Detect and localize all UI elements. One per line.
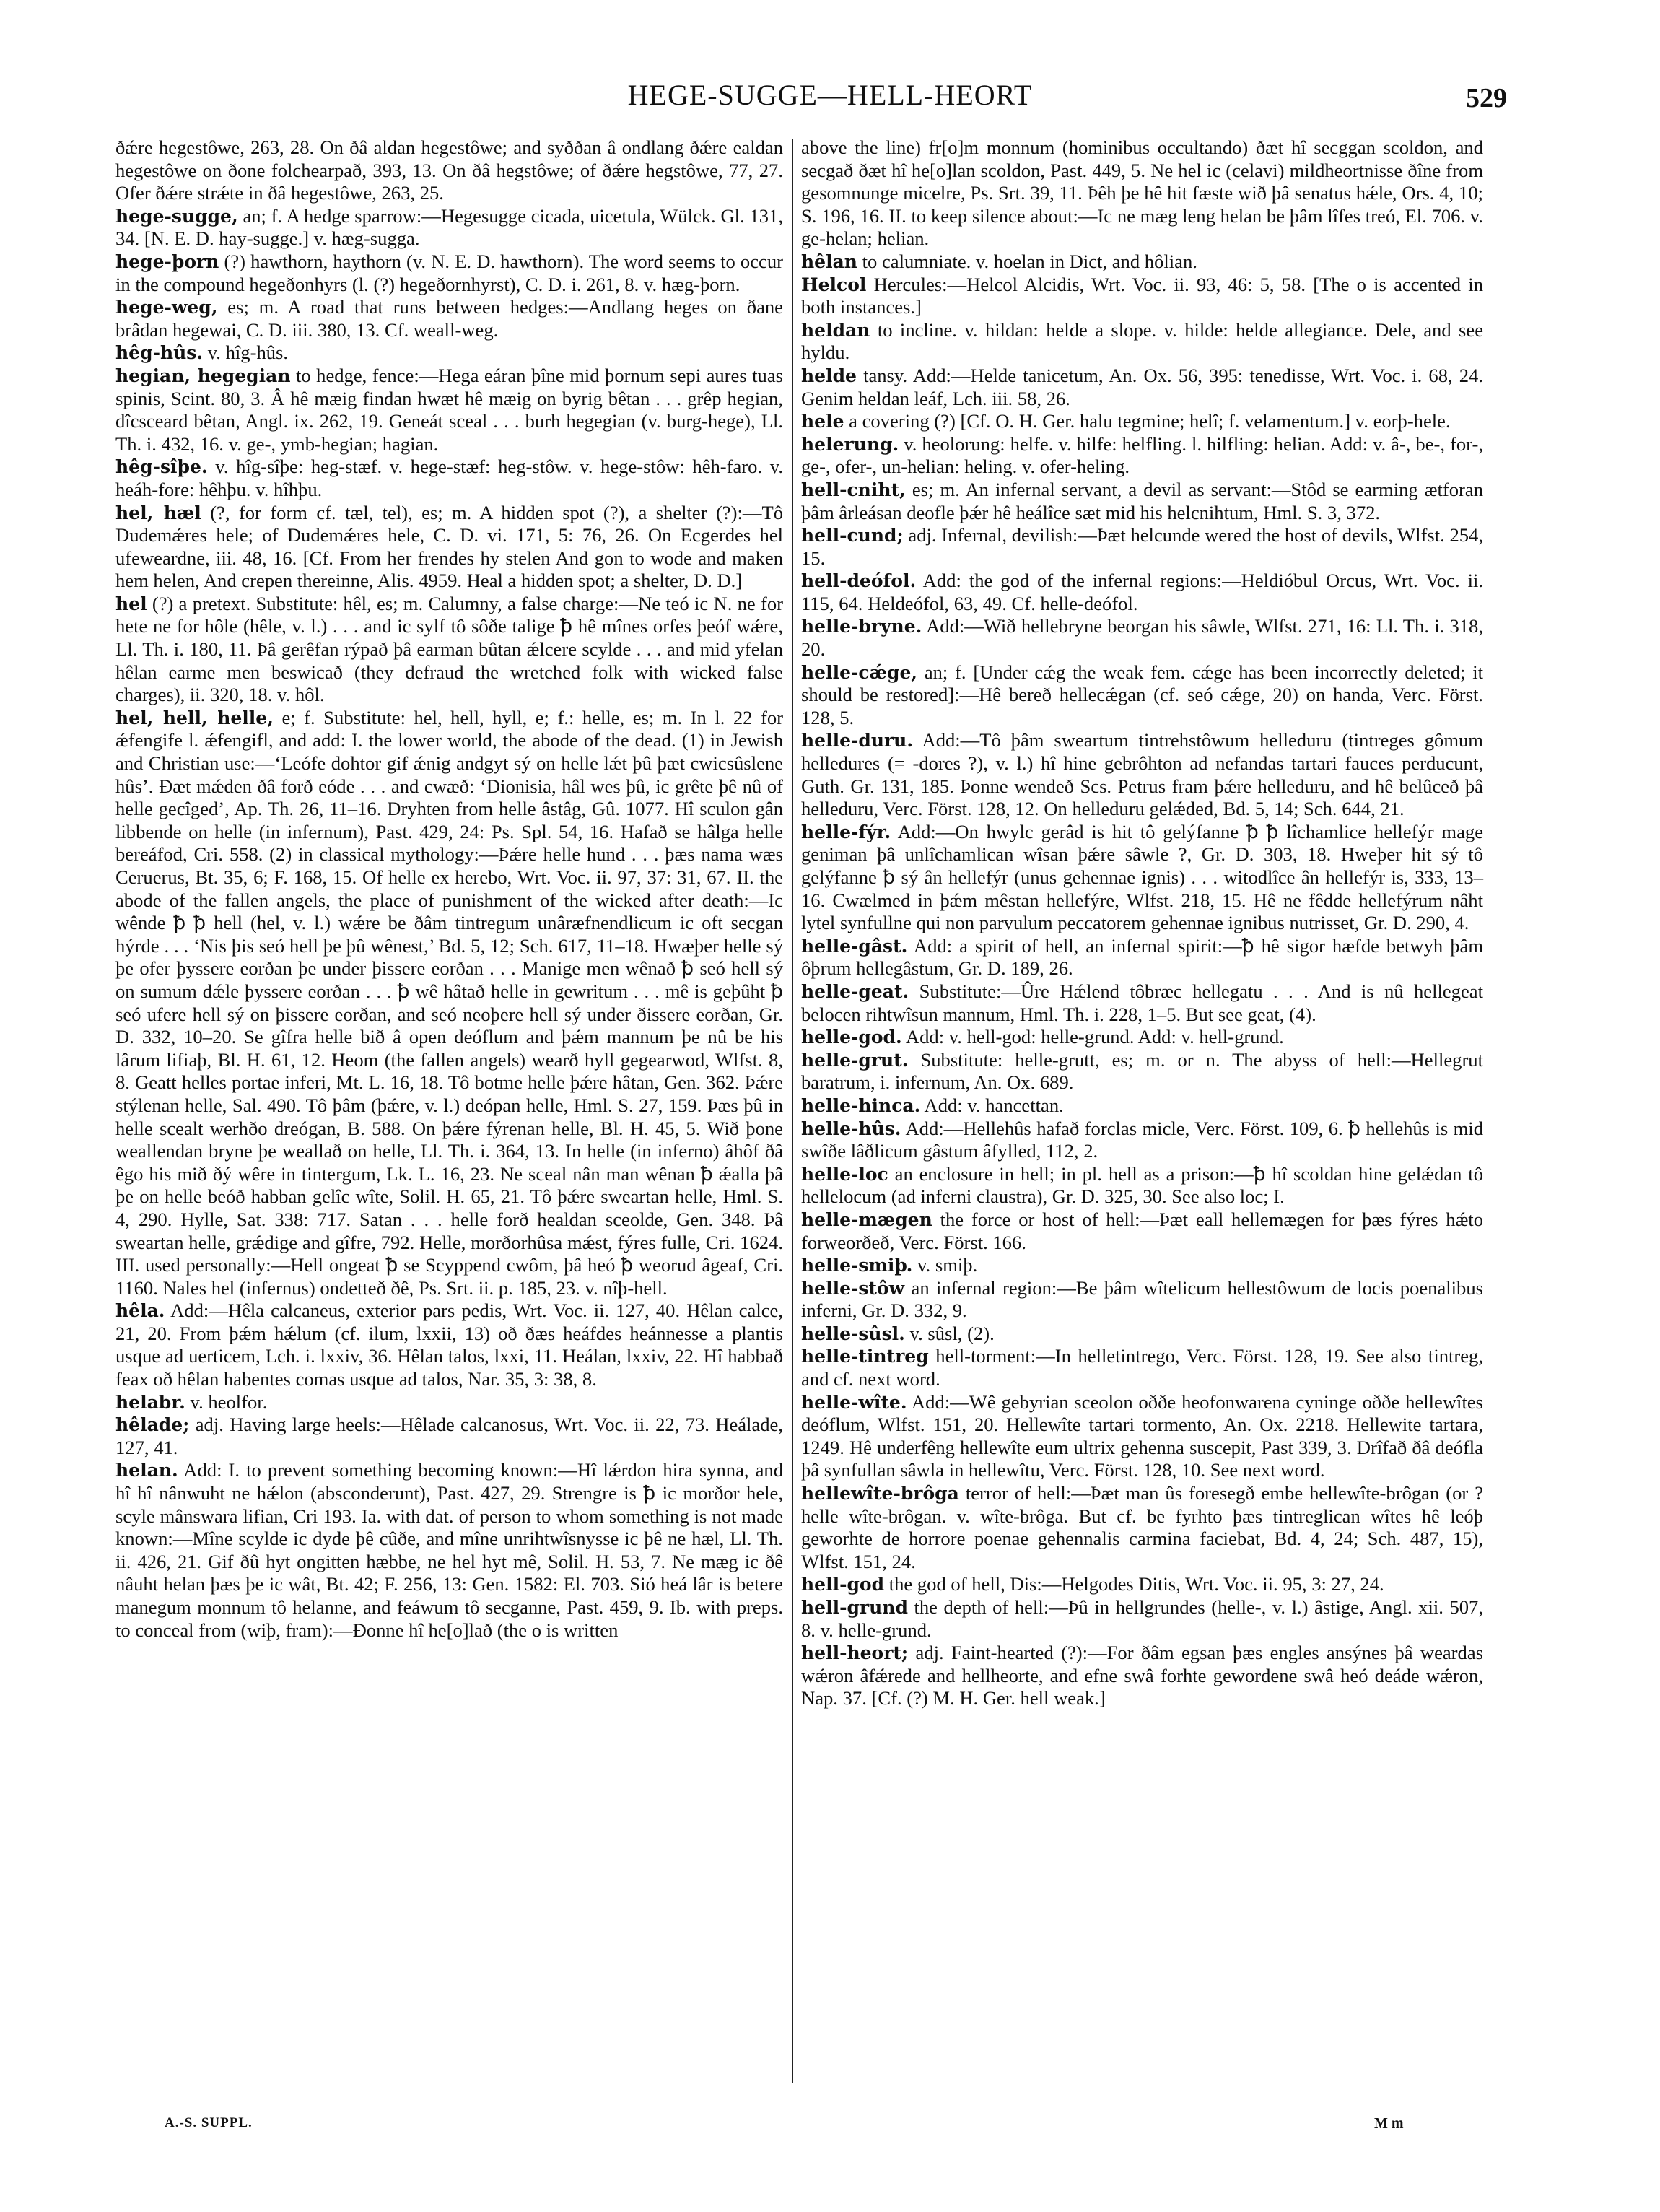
- dictionary-entry: helan. Add: I. to prevent something beco…: [115, 1459, 783, 1642]
- entry-text: an enclosure in hell; in pl. hell as a p…: [801, 1163, 1483, 1208]
- dictionary-entry: hêlan to calumniate. v. hoelan in Dict, …: [801, 251, 1483, 274]
- dictionary-entry: ðǽre hegestôwe, 263, 28. On ðâ aldan heg…: [115, 136, 783, 205]
- entry-text: above the line) fr[o]m monnum (hominibus…: [801, 136, 1483, 249]
- dictionary-entry: helle-gâst. Add: a spirit of hell, an in…: [801, 935, 1483, 980]
- page-header: HEGE-SUGGE—HELL-HEORT 529: [0, 78, 1660, 121]
- dictionary-entry: helle-hinca. Add: v. hancettan.: [801, 1094, 1483, 1118]
- dictionary-entry: helle-fýr. Add:—On hwylc gerâd is hit tô…: [801, 821, 1483, 935]
- entry-headword: hel, hæl: [115, 502, 201, 523]
- dictionary-entry: hell-cniht, es; m. An infernal servant, …: [801, 479, 1483, 524]
- dictionary-entry: helle-geat. Substitute:—Ûre Hǽlend tôbræ…: [801, 980, 1483, 1026]
- entry-headword: helle-god.: [801, 1027, 902, 1048]
- dictionary-entry: hêlade; adj. Having large heels:—Hêlade …: [115, 1414, 783, 1459]
- entry-headword: helle-geat.: [801, 981, 909, 1002]
- entry-headword: hellewîte-brôga: [801, 1483, 959, 1504]
- entry-headword: hêg-sîþe.: [115, 456, 208, 477]
- entry-headword: helle-fýr.: [801, 822, 891, 842]
- entry-headword: hege-sugge,: [115, 206, 238, 227]
- entry-headword: helle-mægen: [801, 1209, 932, 1230]
- entry-text: v. heolorung: helfe. v. hilfe: helfling.…: [801, 433, 1483, 478]
- dictionary-entry: hell-god the god of hell, Dis:—Helgodes …: [801, 1573, 1483, 1596]
- entry-headword: hele: [801, 411, 844, 432]
- running-title: HEGE-SUGGE—HELL-HEORT: [0, 78, 1660, 112]
- dictionary-entry: helle-grut. Substitute: helle-grutt, es;…: [801, 1049, 1483, 1094]
- entry-headword: hêlan: [801, 251, 857, 272]
- entry-text: Add: v. hancettan.: [925, 1094, 1064, 1116]
- column-divider: [792, 139, 793, 2083]
- left-column: ðǽre hegestôwe, 263, 28. On ðâ aldan heg…: [115, 136, 783, 1642]
- entry-headword: helan.: [115, 1460, 178, 1481]
- dictionary-entry: hegian, hegegian to hedge, fence:—Hega e…: [115, 365, 783, 456]
- entry-headword: helle-gâst.: [801, 936, 907, 957]
- dictionary-entry: helle-bryne. Add:—Wið hellebryne beorgan…: [801, 615, 1483, 661]
- entry-headword: helle-wîte.: [801, 1392, 907, 1413]
- dictionary-entry: hell-deófol. Add: the god of the inferna…: [801, 570, 1483, 615]
- entry-headword: helle-hûs.: [801, 1118, 901, 1139]
- dictionary-entry: helle-loc an enclosure in hell; in pl. h…: [801, 1163, 1483, 1209]
- dictionary-entry: hege-weg, es; m. A road that runs betwee…: [115, 296, 783, 341]
- entry-text: Add:—On hwylc gerâd is hit tô gelýfanne …: [801, 821, 1483, 933]
- dictionary-entry: helle-wîte. Add:—Wê gebyrian sceolon oðð…: [801, 1391, 1483, 1482]
- entry-headword: hell-deófol.: [801, 570, 916, 591]
- entry-text: Hercules:—Helcol Alcidis, Wrt. Voc. ii. …: [801, 274, 1483, 318]
- dictionary-entry: helle-duru. Add:—Tô þâm sweartum tintreh…: [801, 729, 1483, 820]
- dictionary-entry: hege-sugge, an; f. A hedge sparrow:—Hege…: [115, 205, 783, 251]
- signature-mark: A.-S. SUPPL.: [165, 2115, 253, 2131]
- dictionary-entry: above the line) fr[o]m monnum (hominibus…: [801, 136, 1483, 251]
- entry-headword: heldan: [801, 320, 870, 341]
- dictionary-entry: hel, hæl (?, for form cf. tæl, tel), es;…: [115, 502, 783, 593]
- entry-headword: helle-tintreg: [801, 1346, 929, 1367]
- dictionary-entry: hell-cund; adj. Infernal, devilish:—Þæt …: [801, 524, 1483, 570]
- entry-text: a covering (?) [Cf. O. H. Ger. halu tegm…: [849, 410, 1450, 432]
- entry-text: Add: v. hell-god: helle-grund. Add: v. h…: [906, 1026, 1284, 1048]
- entry-headword: hegian, hegegian: [115, 365, 291, 386]
- entry-headword: helle-cǽge,: [801, 662, 917, 683]
- entry-headword: helle-smiþ.: [801, 1255, 912, 1276]
- dictionary-entry: helle-sûsl. v. sûsl, (2).: [801, 1323, 1483, 1346]
- entry-headword: hêla.: [115, 1300, 165, 1321]
- dictionary-entry: helde tansy. Add:—Helde tanicetum, An. O…: [801, 365, 1483, 410]
- entry-headword: helle-grut.: [801, 1050, 908, 1071]
- entry-headword: helabr.: [115, 1392, 185, 1413]
- entry-headword: helle-duru.: [801, 730, 913, 751]
- dictionary-entry: helerung. v. heolorung: helfe. v. hilfe:…: [801, 433, 1483, 479]
- entry-text: v. hîg-hûs.: [208, 341, 288, 363]
- dictionary-entry: hêg-hûs. v. hîg-hûs.: [115, 341, 783, 365]
- entry-text: v. hîg-sîþe: heg-stæf. v. hege-stæf: heg…: [115, 456, 783, 500]
- entry-headword: hell-god: [801, 1574, 884, 1595]
- entry-headword: hell-heort;: [801, 1642, 908, 1663]
- entry-headword: hell-cund;: [801, 525, 904, 546]
- dictionary-entry: hêla. Add:—Hêla calcaneus, exterior pars…: [115, 1299, 783, 1390]
- dictionary-entry: helle-cǽge, an; f. [Under cǽg the weak f…: [801, 661, 1483, 730]
- entry-text: v. sûsl, (2).: [910, 1323, 995, 1344]
- entry-headword: helde: [801, 365, 857, 386]
- entry-headword: helle-bryne.: [801, 616, 922, 637]
- entry-headword: helle-sûsl.: [801, 1323, 905, 1344]
- dictionary-entry: helabr. v. heolfor.: [115, 1391, 783, 1414]
- entry-text: v. heolfor.: [191, 1391, 268, 1413]
- entry-text: the god of hell, Dis:—Helgodes Ditis, Wr…: [889, 1573, 1384, 1595]
- entry-headword: helle-hinca.: [801, 1095, 920, 1116]
- dictionary-entry: hell-heort; adj. Faint-hearted (?):—For …: [801, 1642, 1483, 1710]
- dictionary-entry: hel (?) a pretext. Substitute: hêl, es; …: [115, 593, 783, 707]
- dictionary-entry: hege-þorn (?) hawthorn, haythorn (v. N. …: [115, 251, 783, 296]
- entry-text: Add:—Hêla calcaneus, exterior pars pedis…: [115, 1299, 783, 1390]
- entry-headword: helle-loc: [801, 1164, 888, 1185]
- dictionary-entry: hel, hell, helle, e; f. Substitute: hel,…: [115, 707, 783, 1299]
- page-number: 529: [1466, 82, 1507, 114]
- entry-headword: helerung.: [801, 434, 899, 455]
- dictionary-entry: helle-smiþ. v. smiþ.: [801, 1254, 1483, 1277]
- entry-text: to calumniate. v. hoelan in Dict, and hô…: [862, 251, 1197, 272]
- entry-headword: helle-stôw: [801, 1278, 904, 1299]
- dictionary-entry: helle-hûs. Add:—Hellehûs hafað forclas m…: [801, 1118, 1483, 1163]
- entry-text: Add:—Hellehûs hafað forclas micle, Verc.…: [801, 1118, 1483, 1162]
- entry-headword: hêg-hûs.: [115, 342, 203, 363]
- entry-headword: hege-weg,: [115, 297, 217, 318]
- dictionary-entry: heldan to incline. v. hildan: helde a sl…: [801, 319, 1483, 365]
- entry-headword: hêlade;: [115, 1414, 189, 1435]
- entry-text: adj. Infernal, devilish:—Þæt helcunde we…: [801, 524, 1483, 569]
- entry-headword: hege-þorn: [115, 251, 219, 272]
- entry-text: (?, for form cf. tæl, tel), es; m. A hid…: [115, 502, 783, 592]
- dictionary-entry: hellewîte-brôga terror of hell:—Þæt man …: [801, 1482, 1483, 1573]
- entry-text: ðǽre hegestôwe, 263, 28. On ðâ aldan heg…: [115, 136, 783, 204]
- dictionary-entry: hêg-sîþe. v. hîg-sîþe: heg-stæf. v. hege…: [115, 456, 783, 501]
- dictionary-entry: helle-stôw an infernal region:—Be þâm wî…: [801, 1277, 1483, 1323]
- entry-text: tansy. Add:—Helde tanicetum, An. Ox. 56,…: [801, 365, 1483, 409]
- entry-text: Add: I. to prevent something becoming kn…: [115, 1459, 783, 1640]
- dictionary-entry: hell-grund the depth of hell:—Þû in hell…: [801, 1596, 1483, 1642]
- dictionary-entry: hele a covering (?) [Cf. O. H. Ger. halu…: [801, 410, 1483, 433]
- gathering-mark: M m: [1374, 2115, 1404, 2132]
- entry-headword: hell-cniht,: [801, 479, 906, 500]
- dictionary-entry: helle-mægen the force or host of hell:—Þ…: [801, 1209, 1483, 1254]
- entry-text: v. smiþ.: [917, 1254, 977, 1276]
- dictionary-entry: helle-god. Add: v. hell-god: helle-grund…: [801, 1026, 1483, 1049]
- dictionary-entry: Helcol Hercules:—Helcol Alcidis, Wrt. Vo…: [801, 274, 1483, 319]
- entry-headword: hel: [115, 593, 147, 614]
- entry-text: to incline. v. hildan: helde a slope. v.…: [801, 319, 1483, 364]
- entry-text: adj. Having large heels:—Hêlade calcanos…: [115, 1414, 783, 1458]
- dictionary-entry: helle-tintreg hell-torment:—In helletint…: [801, 1345, 1483, 1390]
- entry-headword: hel, hell, helle,: [115, 707, 274, 728]
- entry-text: e; f. Substitute: hel, hell, hyll, e; f.…: [115, 707, 783, 1299]
- entry-headword: hell-grund: [801, 1597, 908, 1618]
- right-column: above the line) fr[o]m monnum (hominibus…: [801, 136, 1483, 1710]
- entry-text: (?) a pretext. Substitute: hêl, es; m. C…: [115, 593, 783, 705]
- entry-headword: Helcol: [801, 274, 866, 295]
